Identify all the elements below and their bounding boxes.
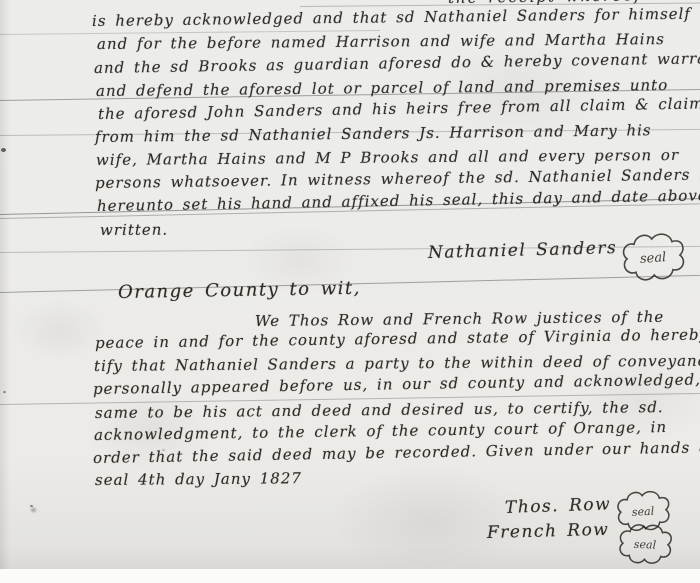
wax-seal-icon: seal xyxy=(609,520,681,568)
seal-label: seal xyxy=(632,505,655,519)
certification-date-line: seal 4th day Jany 1827 xyxy=(95,468,302,490)
seal-label: seal xyxy=(639,250,666,267)
signature-thos-row: Thos. Row xyxy=(505,494,612,518)
county-heading: Orange County to wit, xyxy=(118,279,361,303)
seal-label: seal xyxy=(634,538,657,552)
scanned-deed-page: the receipt whereof is hereby acknowledg… xyxy=(0,0,700,583)
ink-speck xyxy=(1,148,6,152)
deed-body-line: written. xyxy=(100,220,168,240)
wax-seal-icon: seal xyxy=(613,227,693,286)
signature-french-row: French Row xyxy=(487,520,610,543)
